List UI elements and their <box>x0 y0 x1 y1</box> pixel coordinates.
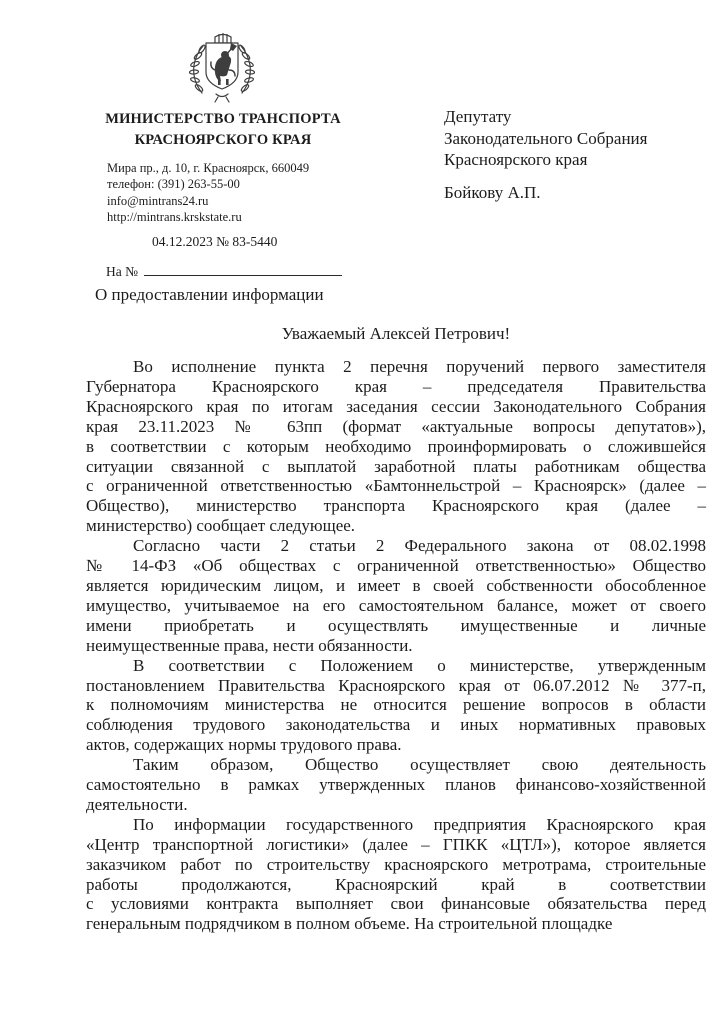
body-line: Таким образом, Общество осуществляет сво… <box>86 755 706 775</box>
letter-body: Во исполнение пункта 2 перечня поручений… <box>86 357 706 934</box>
body-line: в соответствии с которым необходимо прои… <box>86 437 706 457</box>
contact-line: info@mintrans24.ru <box>107 193 309 209</box>
body-line: В соответствии с Положением о министерст… <box>86 656 706 676</box>
recipient-address-line: Депутату <box>444 106 647 128</box>
recipient-address-line: Красноярского края <box>444 149 647 171</box>
body-line: с условиями контракта выполняет свои фин… <box>86 894 706 914</box>
incoming-reference: На № <box>106 262 342 280</box>
body-line: Согласно части 2 статьи 2 Федерального з… <box>86 536 706 556</box>
body-line: По информации государственного предприят… <box>86 815 706 835</box>
ministry-name-line: МИНИСТЕРСТВО ТРАНСПОРТА <box>98 109 348 130</box>
outgoing-date-number: 04.12.2023 № 83-5440 <box>152 234 277 250</box>
contact-line: Мира пр., д. 10, г. Красноярск, 660049 <box>107 160 309 176</box>
contact-line: телефон: (391) 263-55-00 <box>107 176 309 192</box>
body-line: Общество), министерство транспорта Красн… <box>86 496 706 516</box>
body-line: Во исполнение пункта 2 перечня поручений… <box>86 357 706 377</box>
coat-of-arms-icon <box>185 30 259 108</box>
body-line: генеральным подрядчиком в полном объеме.… <box>86 914 706 934</box>
subject-line: О предоставлении информации <box>95 285 324 305</box>
letter-page: МИНИСТЕРСТВО ТРАНСПОРТАКРАСНОЯРСКОГО КРА… <box>0 0 725 1024</box>
body-line: неимущественные права, нести обязанности… <box>86 636 706 656</box>
body-line: министерство) сообщает следующее. <box>86 516 706 536</box>
body-line: заказчиком работ по строительству красно… <box>86 855 706 875</box>
body-line: соблюдения трудового законодательства и … <box>86 715 706 735</box>
body-line: является юридическим лицом, и имеет в св… <box>86 576 706 596</box>
body-line: Губернатора Красноярского края – председ… <box>86 377 706 397</box>
body-line: самостоятельно в рамках утвержденных пла… <box>86 775 706 795</box>
body-line: с ограниченной ответственностью «Бамтонн… <box>86 476 706 496</box>
body-line: деятельности. <box>86 795 706 815</box>
body-line: работы продолжаются, Красноярский край в… <box>86 875 706 895</box>
body-line: ситуации связанной с выплатой заработной… <box>86 457 706 477</box>
salutation: Уважаемый Алексей Петрович! <box>86 324 706 344</box>
body-line: имени приобретать и осуществлять имущест… <box>86 616 706 636</box>
body-line: актов, содержащих нормы трудового права. <box>86 735 706 755</box>
body-line: Красноярского края по итогам заседания с… <box>86 397 706 417</box>
recipient-block: ДепутатуЗаконодательного СобранияКрасноя… <box>444 106 647 203</box>
body-line: к полномочиям министерства не относится … <box>86 695 706 715</box>
ministry-name: МИНИСТЕРСТВО ТРАНСПОРТАКРАСНОЯРСКОГО КРА… <box>98 109 348 150</box>
recipient-address: ДепутатуЗаконодательного СобранияКрасноя… <box>444 106 647 171</box>
contact-line: http://mintrans.krskstate.ru <box>107 209 309 225</box>
incoming-reference-blank-line <box>144 262 342 276</box>
ministry-contacts: Мира пр., д. 10, г. Красноярск, 660049те… <box>107 160 309 226</box>
body-line: имущество, учитываемое на его самостояте… <box>86 596 706 616</box>
recipient-name: Бойкову А.П. <box>444 182 647 204</box>
ministry-name-line: КРАСНОЯРСКОГО КРАЯ <box>98 130 348 151</box>
body-line: № 14-ФЗ «Об обществах с ограниченной отв… <box>86 556 706 576</box>
body-line: «Центр транспортной логистики» (далее – … <box>86 835 706 855</box>
incoming-reference-label: На № <box>106 264 138 279</box>
body-line: постановлением Правительства Красноярско… <box>86 676 706 696</box>
recipient-address-line: Законодательного Собрания <box>444 128 647 150</box>
body-line: края 23.11.2023 № 63пп (формат «актуальн… <box>86 417 706 437</box>
